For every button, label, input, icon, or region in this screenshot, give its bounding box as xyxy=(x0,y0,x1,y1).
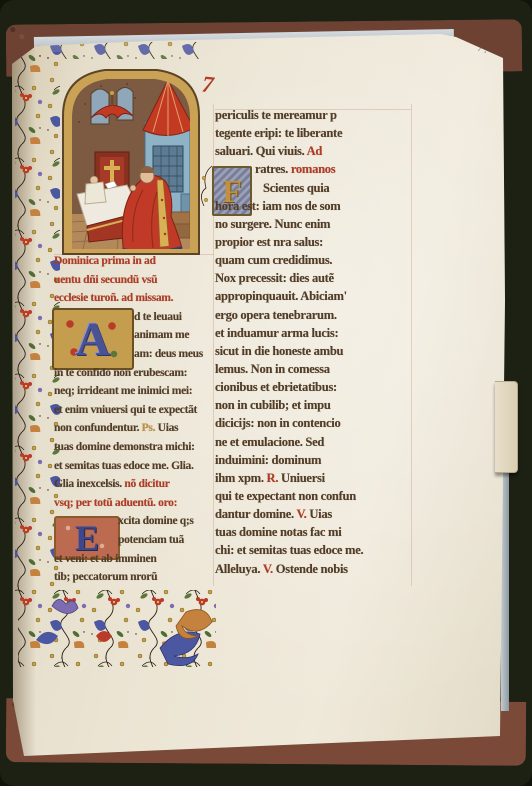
body-text: ne et emulacione. Sed xyxy=(215,435,324,449)
text-line: sicut in die honeste ambu xyxy=(215,342,413,360)
text-line: quam cum credidimus. xyxy=(215,251,413,269)
body-text: saluari. Qui viuis. xyxy=(215,144,307,158)
text-line: Glia inexcelsis. nõ dicitur xyxy=(54,475,214,494)
text-line: dicicijs: non in contencio xyxy=(215,414,413,432)
body-text: propior est nra salus: xyxy=(215,235,323,249)
text-line: non confundentur. Ps. Uias xyxy=(54,419,214,438)
text-line: tegente eripi: te liberante xyxy=(215,124,413,142)
body-text: xcita domine q;s xyxy=(118,514,194,527)
right-text-column: periculis te mereamur ptegente eripi: te… xyxy=(215,106,413,578)
text-line: hora est: iam nos de som xyxy=(215,197,413,215)
rubric-text: Ps. xyxy=(142,421,158,434)
body-text: Ostende nobis xyxy=(276,562,348,576)
text-line: uentu dñi secundũ vsũ xyxy=(54,271,214,290)
text-line: vsq; per totũ aduentũ. oro: xyxy=(54,494,214,513)
body-text: Glia inexcelsis. xyxy=(54,477,124,490)
body-text: hora est: iam nos de som xyxy=(215,199,340,213)
text-line: cionibus et ebrietatibus: xyxy=(215,378,413,396)
text-line: ne et emulacione. Sed xyxy=(215,433,413,451)
text-line: ecclesie turoñ. ad missam. xyxy=(54,289,214,308)
body-text: induimini: dominum xyxy=(215,453,321,467)
rubric-text: R. xyxy=(267,471,282,485)
body-text: et veni: et ab imminen xyxy=(54,552,156,565)
body-text: dicicijs: non in contencio xyxy=(215,416,341,430)
left-text-column: Dominica prima in aduentu dñi secundũ vs… xyxy=(54,252,214,587)
text-line: lemus. Non in comessa xyxy=(215,360,413,378)
body-text: in te confido non erubescam: xyxy=(54,366,187,379)
parchment-page: 7. 7 xyxy=(0,0,532,786)
text-line: induimini: dominum xyxy=(215,451,413,469)
text-line: tuas domine demonstra michi: xyxy=(54,438,214,457)
body-text: et induamur arma lucis: xyxy=(215,326,338,340)
index-tab xyxy=(495,381,518,473)
text-line: in te confido non erubescam: xyxy=(54,364,214,383)
body-text: ihm xpm. xyxy=(215,471,267,485)
text-line: et enim vniuersi qui te expectãt xyxy=(54,401,214,420)
rubric-text: V. xyxy=(296,507,309,521)
manuscript-photo: 7. 7 xyxy=(0,0,532,786)
body-text: tuas domine demonstra michi: xyxy=(54,440,195,453)
body-text: tegente eripi: te liberante xyxy=(215,126,342,140)
body-text: quam cum credidimus. xyxy=(215,253,332,267)
text-line: Scientes quia xyxy=(263,179,413,197)
body-text: periculis te mereamur p xyxy=(215,108,337,122)
miniature-illustration xyxy=(61,64,201,256)
text-line: no surgere. Nunc enim xyxy=(215,215,413,233)
text-line: neq; irrideant me inimici mei: xyxy=(54,382,214,401)
body-text: et enim vniuersi qui te expectãt xyxy=(54,403,197,416)
body-text: Alleluya. xyxy=(215,562,263,576)
body-text: animam me xyxy=(134,328,189,341)
text-line: periculis te mereamur p xyxy=(215,106,413,124)
text-line: d te leuaui xyxy=(134,308,214,327)
body-text: d te leuaui xyxy=(134,310,182,323)
text-line: tib; peccatorum nrorũ xyxy=(54,568,214,587)
text-line: qui te expectant non confun xyxy=(215,487,413,505)
text-line: et veni: et ab imminen xyxy=(54,550,214,569)
body-text: dantur domine. xyxy=(215,507,296,521)
text-line: ratres. romanos xyxy=(255,160,413,178)
rubric-text: uentu dñi secundũ vsũ xyxy=(54,273,157,286)
body-text: cionibus et ebrietatibus: xyxy=(215,380,337,394)
body-text: potenciam tuã xyxy=(118,533,184,546)
rubric-text: V. xyxy=(263,562,276,576)
body-text: Uias xyxy=(309,507,332,521)
rubric-text: nõ dicitur xyxy=(124,477,169,490)
body-text: tib; peccatorum nrorũ xyxy=(54,570,157,583)
text-line: et semitas tuas edoce me. Glia. xyxy=(54,457,214,476)
body-text: qui te expectant non confun xyxy=(215,489,356,503)
body-text: Uniuersi xyxy=(281,471,325,485)
text-line: et induamur arma lucis: xyxy=(215,324,413,342)
text-line: propior est nra salus: xyxy=(215,233,413,251)
quire-mark: 7 xyxy=(201,71,215,98)
text-line: dantur domine. V. Uias xyxy=(215,505,413,523)
body-text: sicut in die honeste ambu xyxy=(215,344,343,358)
body-text: no surgere. Nunc enim xyxy=(215,217,330,231)
body-text: tuas domine notas fac mi xyxy=(215,525,341,539)
rubric-text: vsq; per totũ aduentũ. oro: xyxy=(54,496,177,509)
body-text: chi: et semitas tuas edoce me. xyxy=(215,543,363,557)
body-text: non confundentur. xyxy=(54,421,142,434)
body-text: appropinquauit. Abiciam' xyxy=(215,289,347,303)
text-line: ergo opera tenebrarum. xyxy=(215,306,413,324)
text-line: chi: et semitas tuas edoce me. xyxy=(215,541,413,559)
rubric-text: Dominica prima in ad xyxy=(54,254,156,267)
body-text: neq; irrideant me inimici mei: xyxy=(54,384,192,397)
body-text: Uias xyxy=(158,421,179,434)
body-text: am: deus meus xyxy=(134,347,203,360)
text-line: Dominica prima in ad xyxy=(54,252,214,271)
body-text: ergo opera tenebrarum. xyxy=(215,308,337,322)
text-line: saluari. Qui viuis. Ad xyxy=(215,142,413,160)
body-text: ratres. xyxy=(255,162,291,176)
body-text: et semitas tuas edoce me. Glia. xyxy=(54,459,194,472)
text-line: non in cubilib; et impu xyxy=(215,396,413,414)
rubric-text: ecclesie turoñ. ad missam. xyxy=(54,291,173,304)
body-text: lemus. Non in comessa xyxy=(215,362,330,376)
text-line: potenciam tuã xyxy=(118,531,214,550)
text-line: tuas domine notas fac mi xyxy=(215,523,413,541)
text-line: appropinquauit. Abiciam' xyxy=(215,287,413,305)
text-line: ihm xpm. R. Uniuersi xyxy=(215,469,413,487)
text-line: xcita domine q;s xyxy=(118,512,214,531)
rubric-text: romanos xyxy=(291,162,336,176)
rubric-text: Ad xyxy=(307,144,323,158)
text-line: animam me xyxy=(134,326,214,345)
body-text: Scientes quia xyxy=(263,181,329,195)
text-line: Alleluya. V. Ostende nobis xyxy=(215,560,413,578)
text-line: am: deus meus xyxy=(134,345,214,364)
text-line: Nox precessit: dies autẽ xyxy=(215,269,413,287)
body-text: non in cubilib; et impu xyxy=(215,398,331,412)
body-text: Nox precessit: dies autẽ xyxy=(215,271,334,285)
gutter-shadow xyxy=(10,40,36,756)
